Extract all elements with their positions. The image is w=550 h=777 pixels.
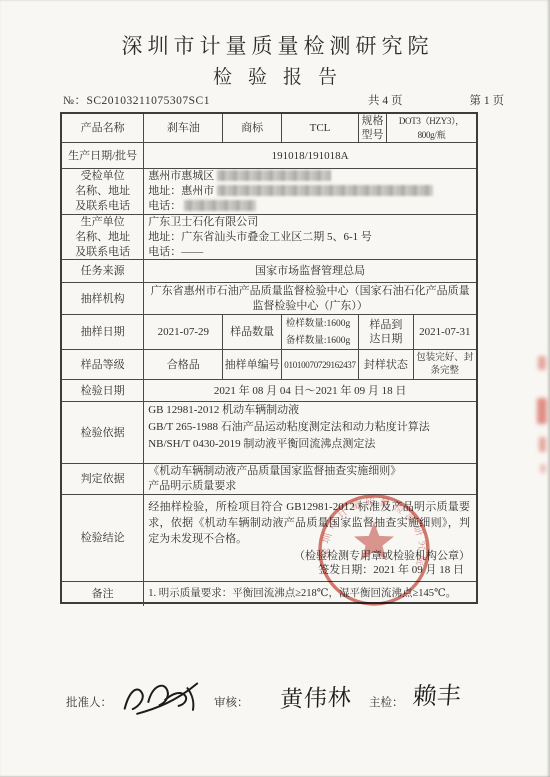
- seal-status-label: 封样状态: [359, 350, 413, 380]
- row-product: 产品名称 刹车油 商标 TCL 规格 型号 DOT3（HZY3）， 800g/瓶: [62, 114, 476, 143]
- producer-label-l2: 名称、地址: [62, 230, 143, 245]
- approver-signature: [118, 676, 206, 718]
- chief-inspector-label: 主检：: [369, 694, 404, 710]
- batch-value: 191018/191018A: [144, 143, 476, 169]
- spec-label: 规格 型号: [359, 114, 387, 143]
- arrival-label-l2: 达日期: [369, 332, 402, 346]
- task-source-value: 国家市场监督管理总局: [144, 260, 476, 283]
- inspection-date-value: 2021 年 08 月 04 日～2021 年 09 月 18 日: [144, 380, 476, 402]
- sampling-org-value: 广东省惠州市石油产品质量监督检验中心（国家石油石化产品质量监督检验中心（广东））: [144, 283, 476, 315]
- row-sampling-date: 抽样日期 2021-07-29 样品数量 检样数量:1600g 备样数量:160…: [62, 315, 476, 350]
- report-page: 深圳市计量质量检测研究院 检验报告 №：SC20103211075307SC1 …: [0, 0, 550, 777]
- sign-date: 签发日期：2021 年 09 月 18 日: [148, 563, 470, 578]
- current-page: 第 1 页: [470, 92, 505, 108]
- spec-value-line1: DOT3（HZY3），: [399, 114, 464, 128]
- row-remark: 备注 1. 明示质量要求：平衡回流沸点≥218℃，湿平衡回流沸点≥145℃。: [62, 582, 476, 606]
- redacted-phone: [184, 200, 256, 211]
- report-number: №：SC20103211075307SC1: [63, 92, 210, 108]
- inspection-basis-label: 检验依据: [62, 402, 144, 464]
- row-producer: 生产单位 名称、地址 及联系电话 广东卫士石化有限公司 地址：广东省汕头市叠金工…: [62, 215, 476, 260]
- row-sampling-org: 抽样机构 广东省惠州市石油产品质量监督检验中心（国家石油石化产品质量监督检验中心…: [62, 283, 476, 315]
- producer-label-l1: 生产单位: [62, 215, 143, 230]
- remark-label: 备注: [62, 582, 144, 606]
- row-judgment-basis: 判定依据 《机动车辆制动液产品质量国家监督抽查实施细则》 产品明示质量要求: [62, 464, 476, 495]
- page-numbers: 共 4 页 第 1 页: [368, 92, 504, 108]
- sampling-org-label: 抽样机构: [62, 283, 144, 315]
- judgment-basis-label: 判定依据: [62, 464, 144, 495]
- spec-value-line2: 800g/瓶: [418, 128, 446, 142]
- reviewer-label: 审核：: [214, 694, 249, 710]
- stamp-bleed-mark: [539, 437, 546, 452]
- judgment-line1: 《机动车辆制动液产品质量国家监督抽查实施细则》: [148, 464, 476, 479]
- row-inspected-unit: 受检单位 名称、地址 及联系电话 惠州市惠城区 地址：惠州市 电话：: [62, 169, 476, 215]
- spec-label-line1: 规格: [361, 114, 383, 128]
- report-number-label: №：: [63, 95, 86, 107]
- row-batch: 生产日期/批号 191018/191018A: [62, 143, 476, 169]
- spec-label-line2: 型号: [361, 128, 383, 142]
- row-task-source: 任务来源 国家市场监督管理总局: [62, 260, 476, 283]
- grade-value: 合格品: [144, 350, 223, 380]
- approver-label: 批准人：: [66, 694, 112, 710]
- arrival-label-l1: 样品到: [369, 318, 402, 332]
- judgment-line2: 产品明示质量要求: [148, 479, 476, 494]
- redacted-address: [217, 185, 433, 196]
- institute-name: 深圳市计量质量检测研究院: [0, 30, 550, 60]
- row-conclusion: 检验结论 经抽样检验，所检项目符合 GB12981-2012 标准及产品明示质量…: [62, 495, 476, 582]
- stamp-bleed-mark: [537, 398, 547, 424]
- inspected-unit-name: 惠州市惠城区: [148, 169, 476, 184]
- basis-line1: GB 12981-2012 机动车辆制动液: [148, 402, 476, 419]
- judgment-basis-value: 《机动车辆制动液产品质量国家监督抽查实施细则》 产品明示质量要求: [144, 464, 476, 495]
- conclusion-cell: 经抽样检验，所检项目符合 GB12981-2012 标准及产品明示质量要求，依据…: [144, 495, 476, 582]
- conclusion-text: 经抽样检验，所检项目符合 GB12981-2012 标准及产品明示质量要求，依据…: [148, 499, 470, 547]
- inspected-unit-phone: 电话：: [148, 199, 476, 214]
- producer-info: 广东卫士石化有限公司 地址：广东省汕头市叠金工业区二期 5、6-1 号 电话：—…: [144, 215, 476, 260]
- reviewer-signature: 黄伟林: [279, 679, 352, 715]
- sampling-date-value: 2021-07-29: [144, 315, 223, 350]
- stamp-bleed-mark: [540, 464, 546, 473]
- inspection-basis-value: GB 12981-2012 机动车辆制动液 GB/T 265-1988 石油产品…: [144, 402, 476, 464]
- report-table: 产品名称 刹车油 商标 TCL 规格 型号 DOT3（HZY3）， 800g/瓶…: [60, 112, 478, 604]
- row-grade: 样品等级 合格品 抽样单编号 01010070729162437 封样状态 包装…: [62, 350, 476, 380]
- report-number-value: SC20103211075307SC1: [86, 95, 209, 107]
- spec-value: DOT3（HZY3）， 800g/瓶: [387, 114, 476, 143]
- inspected-unit-info: 惠州市惠城区 地址：惠州市 电话：: [144, 169, 476, 215]
- producer-name: 广东卫士石化有限公司: [148, 215, 476, 230]
- inspection-date-label: 检验日期: [62, 380, 144, 402]
- total-pages: 共 4 页: [368, 92, 403, 108]
- form-no-value: 01010070729162437: [282, 350, 359, 380]
- stamp-bleed-mark: [538, 356, 546, 370]
- producer-label-l3: 及联系电话: [62, 245, 143, 260]
- sample-qty-label: 样品数量: [223, 315, 281, 350]
- brand-value: TCL: [282, 114, 359, 143]
- row-inspection-date: 检验日期 2021 年 08 月 04 日～2021 年 09 月 18 日: [62, 380, 476, 402]
- redacted-name: [217, 170, 331, 181]
- basis-line3: NB/SH/T 0430-2019 制动液平衡回流沸点测定法: [148, 436, 476, 453]
- grade-label: 样品等级: [62, 350, 144, 380]
- chief-inspector-signature: 赖丰: [411, 676, 462, 712]
- task-source-label: 任务来源: [62, 260, 144, 283]
- report-title: 检验报告: [0, 62, 550, 89]
- row-inspection-basis: 检验依据 GB 12981-2012 机动车辆制动液 GB/T 265-1988…: [62, 402, 476, 464]
- inspected-unit-addr-prefix: 地址：惠州市: [148, 185, 214, 197]
- batch-label: 生产日期/批号: [62, 143, 144, 169]
- brand-label: 商标: [223, 114, 281, 143]
- sampling-date-label: 抽样日期: [62, 315, 144, 350]
- product-label: 产品名称: [62, 114, 144, 143]
- form-no-label: 抽样单编号: [223, 350, 281, 380]
- sample-qty-line2: 备样数量:1600g: [286, 335, 350, 347]
- inspected-unit-label-l2: 名称、地址: [62, 184, 143, 199]
- seal-status-value: 包装完好、封条完整: [414, 350, 476, 380]
- inspected-unit-name-prefix: 惠州市惠城区: [148, 170, 214, 182]
- inspected-unit-label: 受检单位 名称、地址 及联系电话: [62, 169, 144, 215]
- arrival-date-value: 2021-07-31: [414, 315, 476, 350]
- inspected-unit-label-l1: 受检单位: [62, 169, 143, 184]
- inspected-unit-tel-prefix: 电话：: [148, 200, 181, 212]
- conclusion-label: 检验结论: [62, 495, 144, 582]
- remark-value: 1. 明示质量要求：平衡回流沸点≥218℃，湿平衡回流沸点≥145℃。: [144, 582, 476, 606]
- basis-line2: GB/T 265-1988 石油产品运动粘度测定法和动力粘度计算法: [148, 419, 476, 436]
- producer-address: 地址：广东省汕头市叠金工业区二期 5、6-1 号: [148, 230, 476, 245]
- seal-note: （检验检测专用章或检验机构公章）: [148, 549, 470, 563]
- inspected-unit-address: 地址：惠州市: [148, 184, 476, 199]
- sample-qty-line1: 检样数量:1600g: [286, 318, 350, 330]
- arrival-date-label: 样品到 达日期: [359, 315, 413, 350]
- producer-phone: 电话：——: [148, 245, 476, 260]
- producer-label: 生产单位 名称、地址 及联系电话: [62, 215, 144, 260]
- inspected-unit-label-l3: 及联系电话: [62, 199, 143, 214]
- product-value: 刹车油: [144, 114, 223, 143]
- sample-qty-value: 检样数量:1600g 备样数量:1600g: [282, 315, 359, 350]
